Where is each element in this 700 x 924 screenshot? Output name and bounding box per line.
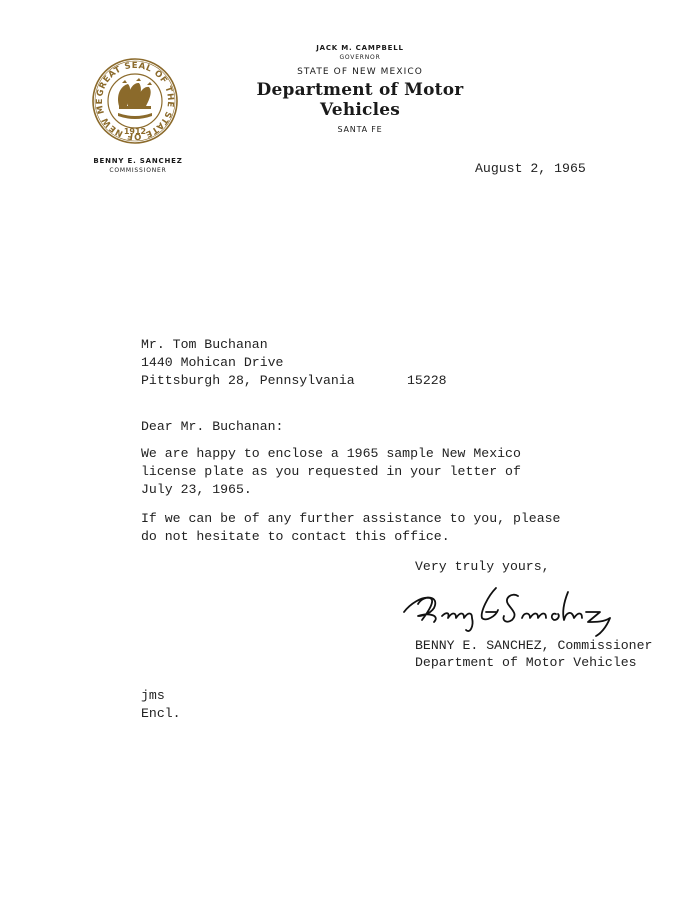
recipient-street: 1440 Mohican Drive [141,354,355,372]
governor-title: GOVERNOR [230,54,490,61]
signer-department: Department of Motor Vehicles [415,654,637,672]
body-paragraph: If we can be of any further assistance t… [141,510,560,546]
body-paragraph: We are happy to enclose a 1965 sample Ne… [141,445,521,499]
svg-text:1912: 1912 [124,127,146,136]
enclosure-note: Encl. [141,705,181,723]
governor-name: JACK M. CAMPBELL [230,44,490,52]
recipient-zip: 15228 [407,372,447,390]
recipient-address: Mr. Tom Buchanan 1440 Mohican Drive Pitt… [141,336,355,390]
commissioner-block: BENNY E. SANCHEZ COMMISSIONER [78,157,198,174]
typist-initials: jms [141,687,181,705]
recipient-city-state: Pittsburgh 28, Pennsylvania [141,372,355,390]
letterhead: JACK M. CAMPBELL GOVERNOR STATE OF NEW M… [230,44,490,134]
closing: Very truly yours, [415,558,550,576]
commissioner-title: COMMISSIONER [78,167,198,174]
letter-date: August 2, 1965 [475,160,586,178]
salutation: Dear Mr. Buchanan: [141,418,283,436]
handwritten-signature [400,582,640,642]
department-name: Department of Motor Vehicles [230,80,490,120]
city-name: SANTA FE [230,125,490,134]
state-name: STATE OF NEW MEXICO [230,67,490,77]
commissioner-name: BENNY E. SANCHEZ [78,157,198,165]
recipient-name: Mr. Tom Buchanan [141,336,355,354]
signer-name-title: BENNY E. SANCHEZ, Commissioner [415,637,652,655]
state-seal-icon: GREAT SEAL OF THE STATE OF NEW MEXICO 19… [92,58,178,144]
reference-block: jms Encl. [141,687,181,723]
